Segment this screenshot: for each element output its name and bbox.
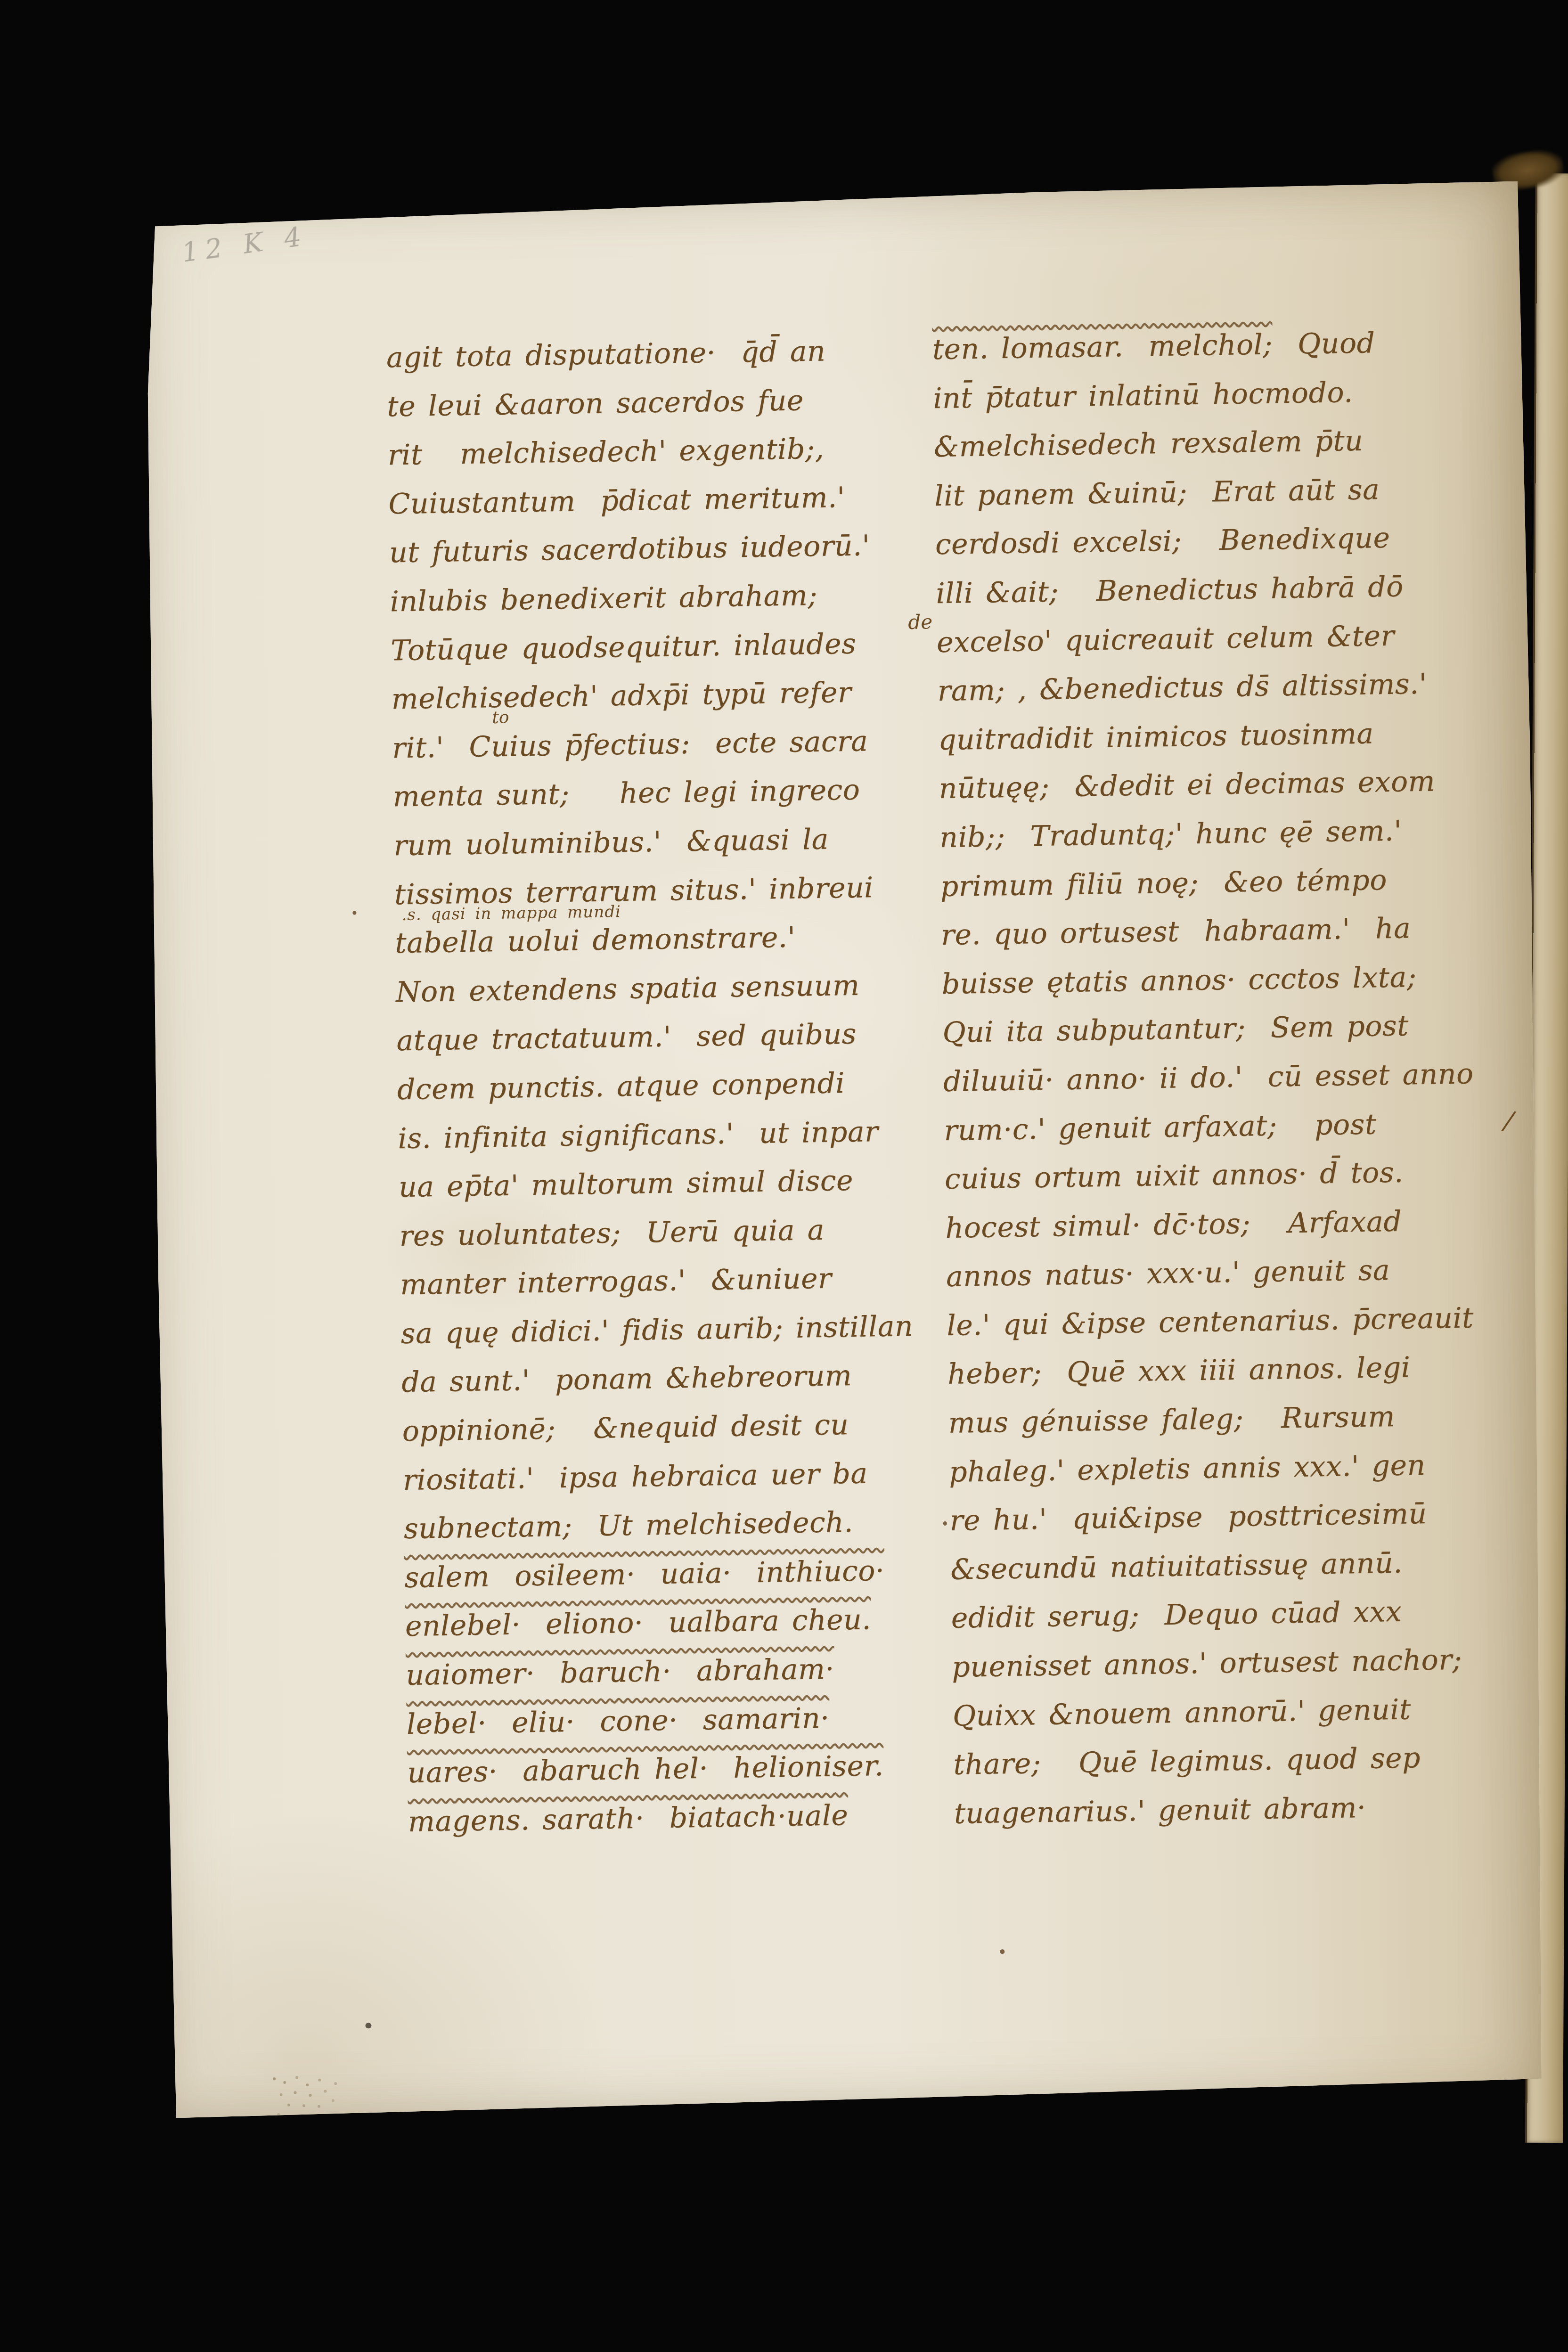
text-line: quitradidit inimicos tuosinma: [938, 708, 1503, 765]
text-line: magens. sarath· biatach·uale: [408, 1789, 973, 1846]
text-line: salem osileem· uaia· inthiuco·: [404, 1545, 970, 1602]
text-line: Cuiustantum p̄dicat meritum.': [388, 472, 954, 529]
ink-speck: [1000, 1949, 1004, 1954]
text-line: inlubis benedixerit abraham;: [390, 569, 955, 626]
text-line: diluuiū· anno· ii do.' cū esset anno: [943, 1049, 1509, 1106]
text-line: buisse ętatis annos· ccctos lxta;: [941, 952, 1507, 1009]
text-line: annos natus· xxx·u.' genuit sa: [946, 1244, 1511, 1301]
text-run: is. infinita significans.' ut inpar: [398, 1115, 879, 1155]
text-line: re hu.' qui&ipse posttricesimū: [949, 1488, 1515, 1545]
text-run: lit panem &uinū; Erat aūt sa: [934, 473, 1380, 513]
text-run: magens. sarath· biatach·uale: [408, 1799, 849, 1838]
text-run: excelso' quicreauit celum &ter: [937, 619, 1395, 659]
text-run: Quod: [1272, 327, 1375, 361]
marginal-addition-de: de: [908, 610, 932, 634]
text-line: rum uoluminibus.' &quasi la: [393, 813, 959, 870]
text-line: tuagenarius.' genuit abram·: [954, 1781, 1519, 1838]
text-line: da sunt.' ponam &hebreorum: [401, 1350, 967, 1407]
text-run: illi &ait; Benedictus habrā dō: [936, 570, 1404, 610]
text-run: primum filiū noę; &eo témpo: [940, 863, 1387, 903]
text-run: le.' qui &ipse centenarius. p̄creauit: [947, 1301, 1474, 1342]
text-run: subnectam; Ut melchisedech.: [403, 1506, 853, 1545]
text-line: thare; Quē legimus. quod sep: [953, 1732, 1519, 1789]
text-run: phaleg.' expletis annis xxx.' gen: [949, 1448, 1426, 1488]
text-run: mus génuisse faleg; Rursum: [948, 1400, 1395, 1440]
text-run: ram; , &benedictus ds̄ altissims.': [937, 668, 1427, 708]
text-run: cuius ortum uixit annos· d̄ tos.: [944, 1156, 1404, 1196]
text-line: excelso' quicreauit celum &ter: [936, 610, 1502, 667]
text-run: manter interrogas.' &uniuer: [400, 1262, 832, 1302]
text-line: enlebel· eliono· ualbara cheu.: [405, 1594, 971, 1651]
manuscript-page: 12 K 4 agit tota disputatione· q̄d̄ ante…: [142, 181, 1550, 2118]
text-line: uaiomer· baruch· abraham·: [406, 1643, 972, 1700]
text-run: int̄ p̄tatur inlatinū hocmodo.: [933, 376, 1353, 415]
text-run: ua ep̄ta' multorum simul disce: [399, 1164, 854, 1204]
text-line: oppinionē; &nequid desit cu: [402, 1399, 968, 1456]
text-line: re. quo ortusest habraam.' ha: [941, 903, 1507, 960]
text-line: Totūque quodsequitur. inlaudes: [390, 618, 956, 675]
text-line: subnectam; Ut melchisedech.: [403, 1496, 969, 1553]
text-run: &secundū natiuitatissuę annū.: [950, 1546, 1403, 1586]
interlinear-correction-to: to: [492, 708, 509, 728]
text-run: quitradidit inimicos tuosinma: [938, 717, 1374, 757]
text-run: rum·c.' genuit arfaxat; post: [944, 1108, 1377, 1147]
text-line: menta sunt; hec legi ingreco: [392, 765, 958, 822]
text-run: sa quę didici.' fidis aurib; instillan: [400, 1310, 913, 1350]
text-run: hocest simul· dc̄·tos; Arfaxad: [945, 1205, 1402, 1244]
text-line: Non extendens spatia sensuum: [395, 960, 961, 1017]
text-run: cerdosdi excelsi; Benedixque: [935, 522, 1390, 561]
text-run: melchisedech' adxp̄i typū refer: [391, 676, 851, 716]
text-line: illi &ait; Benedictus habrā dō: [936, 561, 1502, 618]
text-run: tabella uolui demonstrare.': [395, 921, 796, 960]
text-line: res uoluntates; Uerū quia a: [399, 1204, 965, 1261]
pencil-shelfmark: 12 K 4: [180, 221, 310, 269]
text-line: nib;; Traduntq;' hunc ęē sem.': [939, 805, 1505, 862]
text-line: &secundū natiuitatissuę annū.: [950, 1537, 1516, 1594]
text-run: ten. lomasar. melchol;: [932, 328, 1273, 366]
text-line: melchisedech' adxp̄i typū refer: [391, 667, 957, 724]
text-line: puenisset annos.' ortusest nachor;: [952, 1635, 1518, 1692]
text-run: Qui ita subputantur; Sem post: [942, 1010, 1409, 1050]
text-line: manter interrogas.' &uniuer: [400, 1253, 965, 1310]
text-run: riositati.' ipsa hebraica uer ba: [403, 1457, 868, 1497]
text-run: edidit serug; Dequo cūad xxx: [951, 1595, 1402, 1635]
text-line: mus génuisse faleg; Rursum: [948, 1391, 1514, 1448]
text-line: lit panem &uinū; Erat aūt sa: [934, 464, 1500, 521]
text-line: phaleg.' expletis annis xxx.' gen: [948, 1440, 1514, 1497]
text-run: agit tota disputatione· q̄d̄ an: [386, 335, 825, 374]
text-run: rit melchisedech' exgentib;,: [388, 433, 825, 472]
text-run: puenisset annos.' ortusest nachor;: [952, 1643, 1462, 1684]
interlinear-gloss: .s. qasi in mappa mundi: [401, 902, 621, 924]
text-run: &melchisedech rexsalem p̄tu: [933, 425, 1363, 464]
text-run: Quixx &nouem annorū.' genuit: [952, 1693, 1411, 1732]
parchment-follicle-stain: [273, 2077, 276, 2080]
text-run: dcem punctis. atque conpendi: [397, 1067, 845, 1106]
text-run: Non extendens spatia sensuum: [395, 969, 859, 1009]
text-line: Quixx &nouem annorū.' genuit: [952, 1684, 1518, 1741]
text-run: uaiomer· baruch· abraham·: [406, 1653, 834, 1692]
text-run: diluuiū· anno· ii do.' cū esset anno: [943, 1057, 1474, 1098]
text-run: nib;; Traduntq;' hunc ęē sem.': [939, 814, 1402, 854]
text-line: cuius ortum uixit annos· d̄ tos.: [944, 1147, 1510, 1204]
text-run: nūtuęę; &dedit ei decimas exom: [939, 765, 1435, 806]
text-line: le.' qui &ipse centenarius. p̄creauit: [947, 1293, 1512, 1350]
text-line: ram; , &benedictus ds̄ altissims.': [937, 659, 1503, 716]
ink-speck: [943, 1521, 947, 1526]
text-run: Totūque quodsequitur. inlaudes: [391, 627, 857, 667]
text-column-right: ten. lomasar. melchol; Quodint̄ p̄tatur …: [932, 317, 1520, 1838]
text-run: thare; Quē legimus. quod sep: [953, 1741, 1421, 1781]
text-run: lebel· eliu· cone· samarin·: [406, 1701, 830, 1740]
text-run: ut futuris sacerdotibus iudeorū.': [389, 529, 870, 569]
text-line: ua ep̄ta' multorum simul disce: [398, 1155, 964, 1212]
text-run: enlebel· eliono· ualbara cheu.: [405, 1603, 871, 1643]
text-line: ut futuris sacerdotibus iudeorū.': [389, 521, 955, 578]
text-run: Cuiustantum p̄dicat meritum.': [388, 481, 845, 521]
text-line: rit melchisedech' exgentib;,: [387, 423, 953, 480]
text-run: res uoluntates; Uerū quia a: [399, 1213, 825, 1252]
text-line: primum filiū noę; &eo témpo: [940, 854, 1506, 911]
text-line: sa quę didici.' fidis aurib; instillan: [400, 1301, 966, 1358]
text-run: annos natus· xxx·u.' genuit sa: [946, 1254, 1390, 1293]
text-column-left: agit tota disputatione· q̄d̄ ante leui &…: [386, 325, 974, 1846]
text-run: rit.' Cuius p̄fectius: ecte sacra: [392, 725, 868, 765]
text-line: edidit serug; Dequo cūad xxx: [951, 1586, 1517, 1643]
text-run: uares· abaruch hel· helioniser.: [407, 1749, 884, 1789]
text-run: da sunt.' ponam &hebreorum: [401, 1359, 852, 1399]
text-run: rum uoluminibus.' &quasi la: [393, 823, 829, 862]
text-line: int̄ p̄tatur inlatinū hocmodo.: [933, 366, 1499, 423]
text-run: heber; Quē xxx iiii annos. legi: [947, 1351, 1411, 1391]
text-line: rit.' Cuius p̄fectius: ecte sacra: [392, 716, 957, 773]
ink-speck: [352, 911, 356, 915]
text-run: inlubis benedixerit abraham;: [390, 579, 817, 618]
text-run: re. quo ortusest habraam.' ha: [941, 912, 1411, 952]
text-line: rum·c.' genuit arfaxat; post: [944, 1098, 1510, 1155]
text-run: tuagenarius.' genuit abram·: [954, 1791, 1366, 1830]
text-run: re hu.' qui&ipse posttricesimū: [949, 1497, 1427, 1537]
text-line: ten. lomasar. melchol; Quod: [932, 317, 1498, 374]
text-line: dcem punctis. atque conpendi: [397, 1057, 963, 1114]
text-run: te leui &aaron sacerdos fue: [387, 384, 804, 423]
text-line: hocest simul· dc̄·tos; Arfaxad: [945, 1196, 1511, 1253]
text-run: atque tractatuum.' sed quibus: [396, 1018, 857, 1057]
text-line: nūtuęę; &dedit ei decimas exom: [939, 757, 1504, 814]
text-line: agit tota disputatione· q̄d̄ an: [386, 325, 952, 382]
text-line: Qui ita subputantur; Sem post: [942, 1000, 1508, 1057]
photograph-background: { "document": { "kind": "medieval-manusc…: [0, 0, 1568, 2352]
text-run: buisse ętatis annos· ccctos lxta;: [941, 961, 1417, 1001]
text-line: cerdosdi excelsi; Benedixque: [935, 513, 1501, 570]
text-run: menta sunt; hec legi ingreco: [392, 774, 860, 814]
text-line: riositati.' ipsa hebraica uer ba: [403, 1448, 969, 1505]
text-line: atque tractatuum.' sed quibus: [396, 1009, 962, 1066]
text-line: lebel· eliu· cone· samarin·: [406, 1692, 972, 1749]
text-run: salem osileem· uaia· inthiuco·: [404, 1554, 885, 1594]
text-line: is. infinita significans.' ut inpar: [398, 1106, 964, 1163]
text-line: uares· abaruch hel· helioniser.: [407, 1740, 973, 1797]
text-line: &melchisedech rexsalem p̄tu: [933, 415, 1499, 472]
ink-speck: [365, 2023, 371, 2028]
text-line: heber; Quē xxx iiii annos. legi: [947, 1342, 1513, 1399]
text-line: te leui &aaron sacerdos fue: [387, 374, 953, 431]
text-run: oppinionē; &nequid desit cu: [402, 1408, 849, 1448]
